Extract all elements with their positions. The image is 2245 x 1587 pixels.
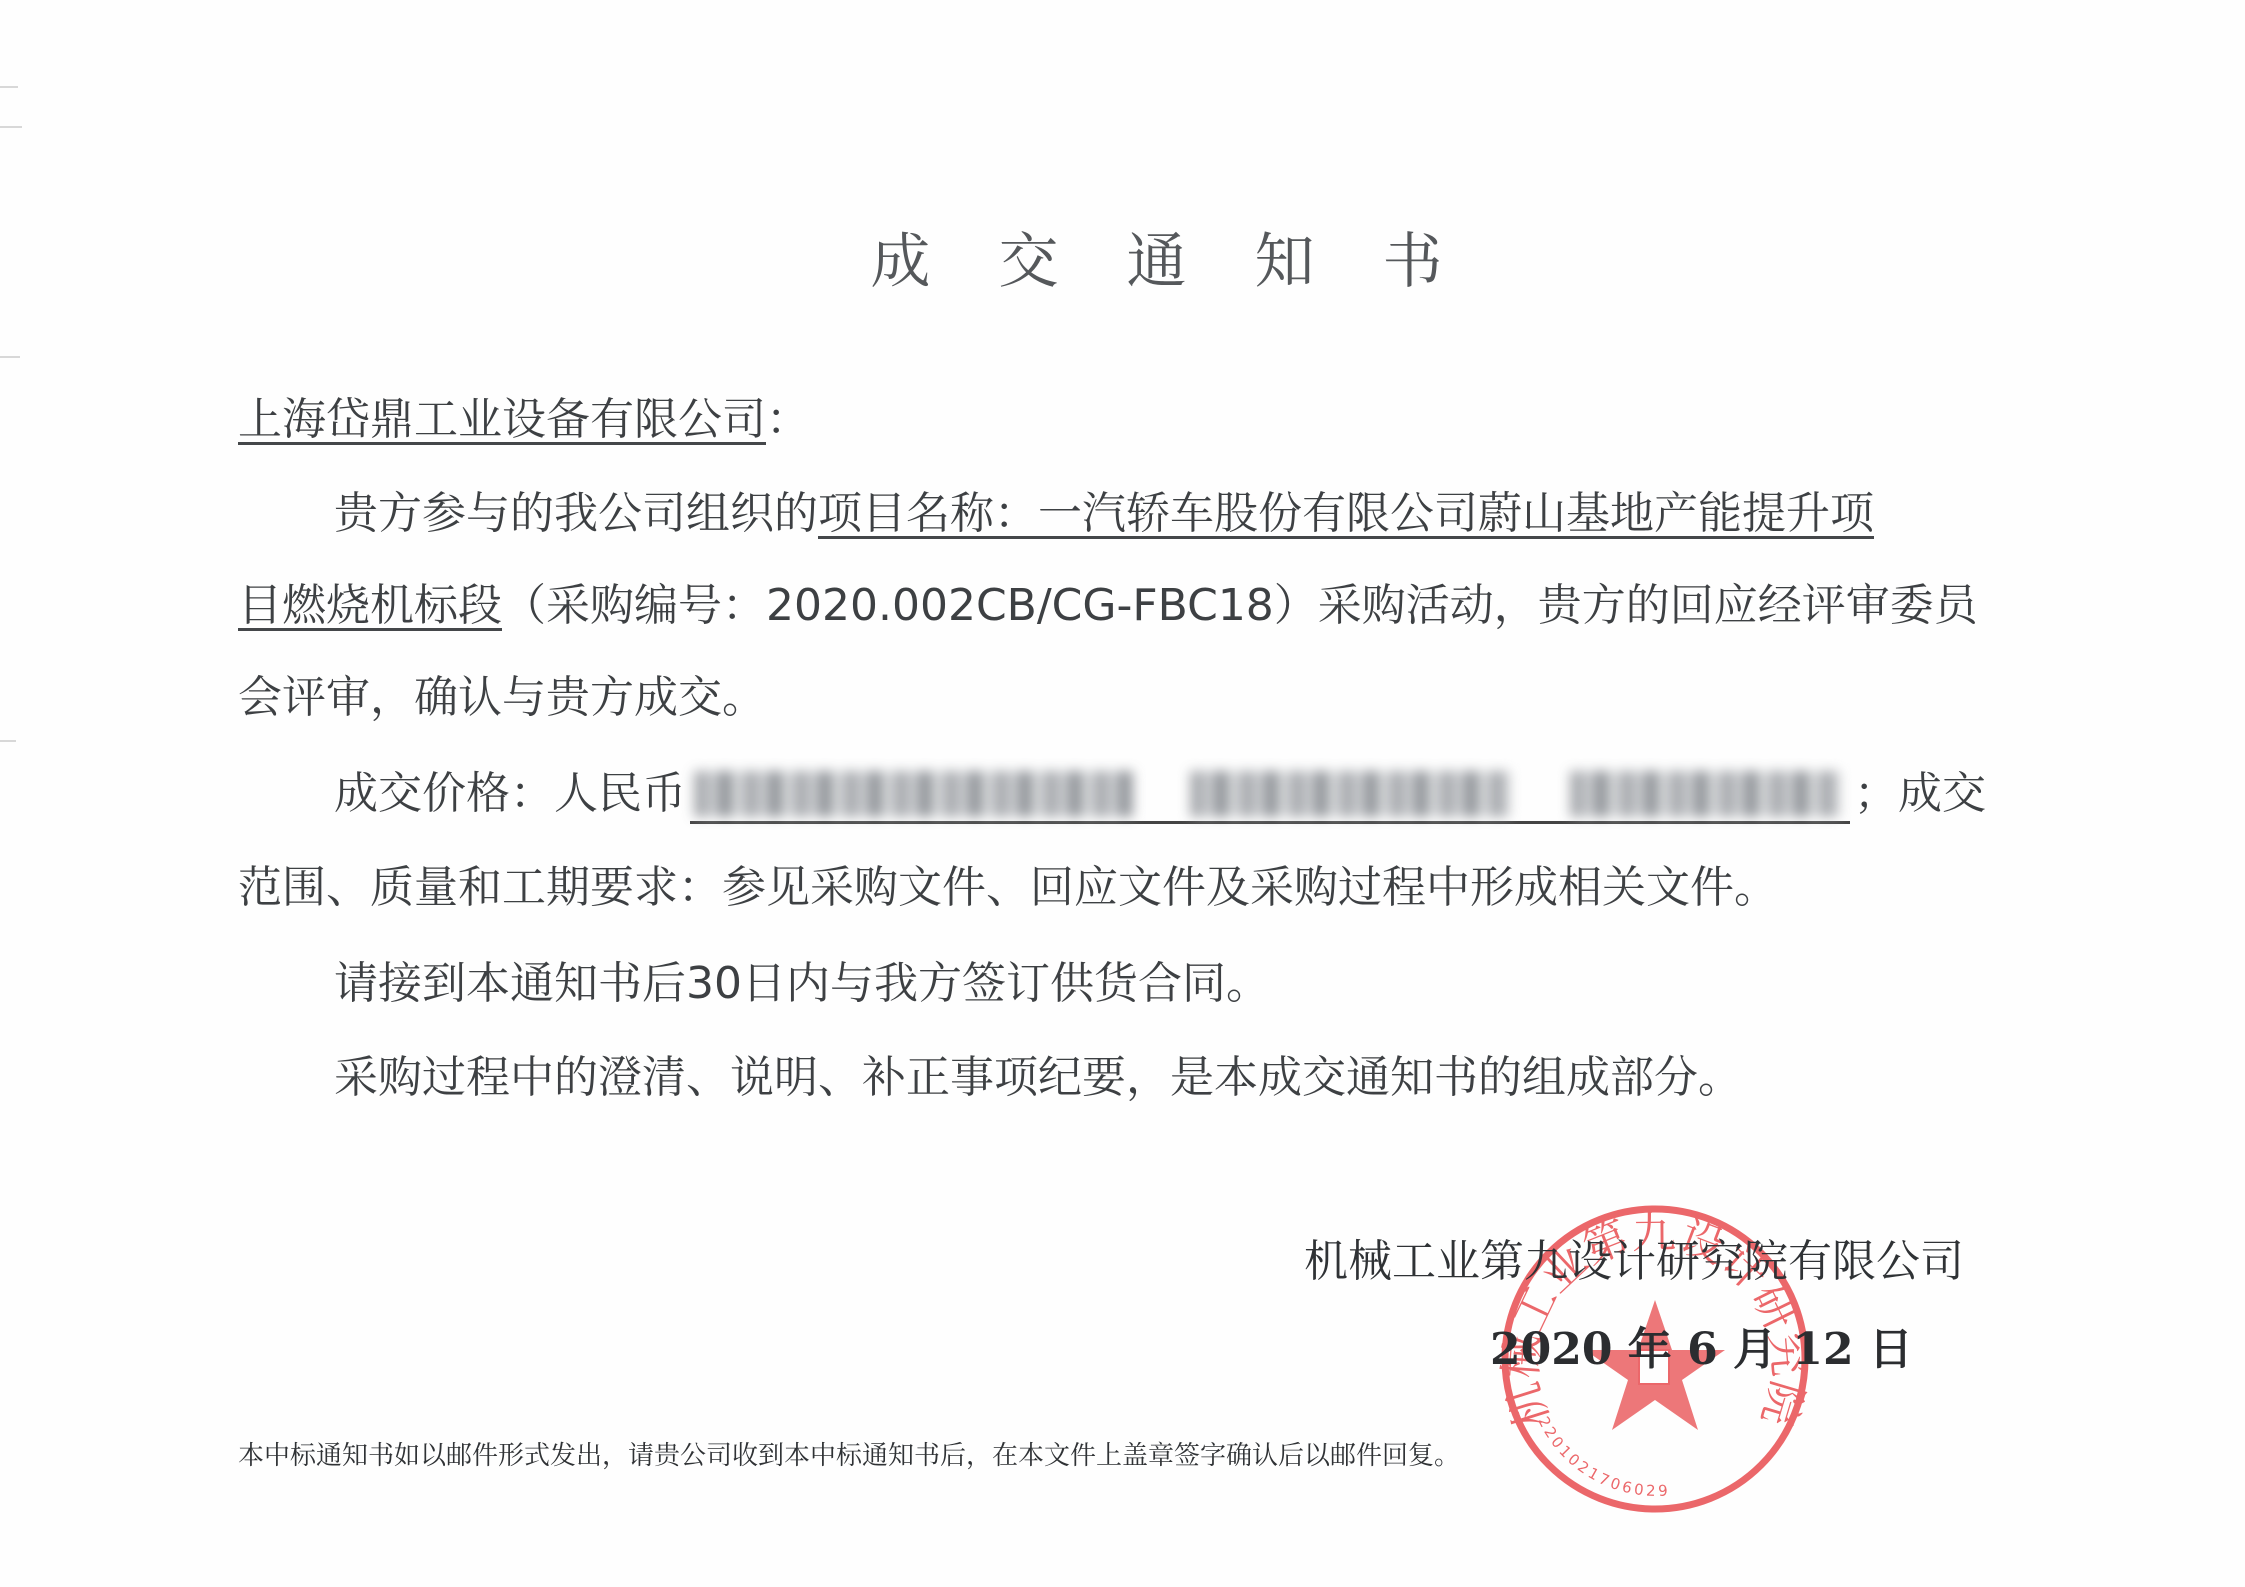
price-label: 成交价格：人民币 <box>334 768 686 819</box>
email-reply-footnote: 本中标通知书如以邮件形式发出，请贵公司收到本中标通知书后，在本文件上盖章签字确认… <box>238 1438 1460 1474</box>
recipient-name: 上海岱鼎工业设备有限公司 <box>238 394 766 445</box>
paragraph-2-line-1: 成交价格：人民币；成交 <box>334 764 1986 824</box>
issuer-company-name: 机械工业第九设计研究院有限公司 <box>1304 1232 1964 1292</box>
project-name-part-1: 项目名称：一汽轿车股份有限公司蔚山基地产能提升项 <box>818 488 1874 539</box>
recipient-colon: ： <box>766 394 810 445</box>
issue-date: 2020 年 6 月 12 日 <box>1490 1320 1913 1380</box>
paragraph-1-line-3: 会评审，确认与贵方成交。 <box>238 668 766 728</box>
project-name-part-2: 目燃烧机标段 <box>238 580 502 631</box>
document-title: 成交通知书 <box>0 222 2245 302</box>
document-page: 成交通知书 上海岱鼎工业设备有限公司： 贵方参与的我公司组织的项目名称：一汽轿车… <box>0 0 2245 1587</box>
redacted-price <box>690 769 1850 824</box>
paragraph-4: 采购过程中的澄清、说明、补正事项纪要，是本成交通知书的组成部分。 <box>334 1048 1742 1108</box>
paragraph-1-line-2: 目燃烧机标段（采购编号：2020.002CB/CG-FBC18）采购活动，贵方的… <box>238 576 1978 636</box>
seal-serial-number: 2201021706029 <box>1534 1414 1671 1500</box>
paragraph-1-line-1: 贵方参与的我公司组织的项目名称：一汽轿车股份有限公司蔚山基地产能提升项 <box>334 484 1874 544</box>
paragraph-2-line-2: 范围、质量和工期要求：参见采购文件、回应文件及采购过程中形成相关文件。 <box>238 858 1778 918</box>
price-suffix: ；成交 <box>1854 768 1986 819</box>
paragraph-3: 请接到本通知书后30日内与我方签订供货合同。 <box>334 954 1270 1014</box>
paragraph-1-prefix: 贵方参与的我公司组织的 <box>334 488 818 539</box>
procurement-number-text: （采购编号：2020.002CB/CG-FBC18）采购活动，贵方的回应经评审委… <box>502 580 1978 631</box>
recipient-line: 上海岱鼎工业设备有限公司： <box>238 390 810 450</box>
